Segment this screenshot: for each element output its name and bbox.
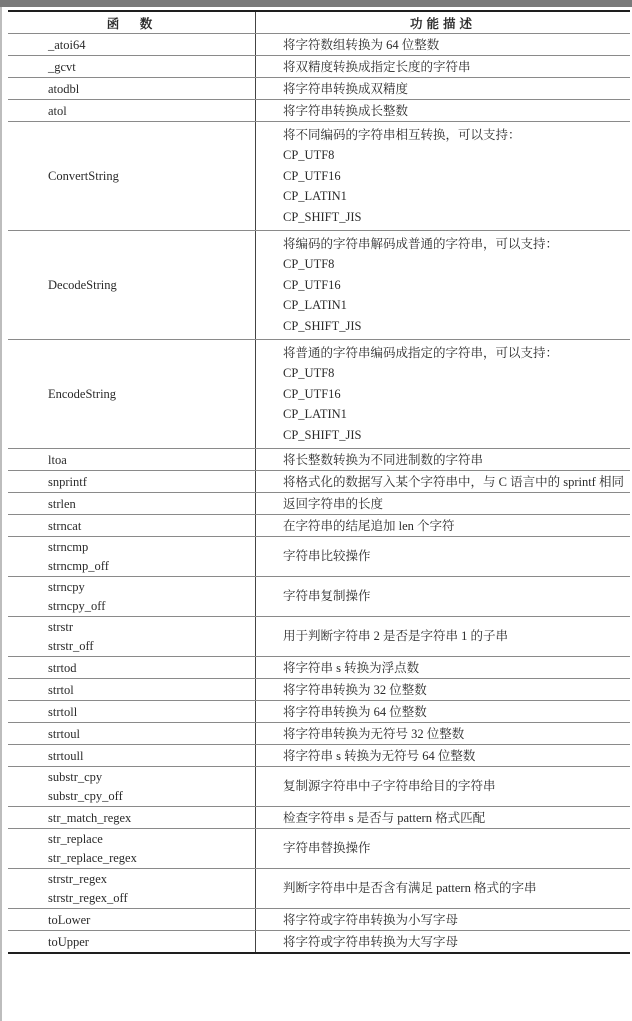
description-line: 返回字符串的长度	[283, 494, 630, 514]
function-description-cell: 在字符串的结尾追加 len 个字符	[256, 515, 631, 537]
function-name-cell: _atoi64	[8, 34, 256, 56]
function-description-cell: 返回字符串的长度	[256, 493, 631, 515]
table-row: DecodeString将编码的字符串解码成普通的字符串，可以支持：CP_UTF…	[8, 231, 630, 340]
function-name: strtol	[48, 680, 255, 700]
function-name-cell: strtod	[8, 657, 256, 679]
table-row: substr_cpysubstr_cpy_off复制源字符串中子字符串给目的字符…	[8, 767, 630, 807]
header-description: 功能描述	[256, 11, 631, 34]
function-name-cell: strtoul	[8, 723, 256, 745]
description-line: CP_LATIN1	[283, 404, 630, 425]
function-description-cell: 将字符串转换为无符号 32 位整数	[256, 723, 631, 745]
function-name: str_replace	[48, 830, 255, 849]
table-row: _atoi64将字符数组转换为 64 位整数	[8, 34, 630, 56]
left-edge-line	[0, 7, 2, 1021]
description-line: 将普通的字符串编码成指定的字符串，可以支持：	[283, 343, 630, 364]
function-name: strtod	[48, 658, 255, 678]
function-name: strlen	[48, 494, 255, 514]
description-line: 字符串比较操作	[283, 547, 630, 566]
function-name-cell: toLower	[8, 909, 256, 931]
description-line: 复制源字符串中子字符串给目的字符串	[283, 777, 630, 796]
function-name-cell: toUpper	[8, 931, 256, 954]
description-line: 将字符或字符串转换为小写字母	[283, 910, 630, 930]
table-body: _atoi64将字符数组转换为 64 位整数_gcvt将双精度转换成指定长度的字…	[8, 34, 630, 954]
table-row: ltoa将长整数转换为不同进制数的字符串	[8, 449, 630, 471]
function-name: toLower	[48, 910, 255, 930]
table-row: toUpper将字符或字符串转换为大写字母	[8, 931, 630, 954]
function-description-cell: 用于判断字符串 2 是否是字符串 1 的子串	[256, 617, 631, 657]
function-name: substr_cpy	[48, 768, 255, 787]
description-line: 在字符串的结尾追加 len 个字符	[283, 516, 630, 536]
function-description-cell: 字符串替换操作	[256, 829, 631, 869]
description-line: 将双精度转换成指定长度的字符串	[283, 57, 630, 77]
function-name: str_match_regex	[48, 808, 255, 828]
description-line: CP_UTF16	[283, 384, 630, 405]
function-name: strncpy_off	[48, 597, 255, 616]
table-row: strncpystrncpy_off字符串复制操作	[8, 577, 630, 617]
description-line: 字符串替换操作	[283, 839, 630, 858]
function-name: strncat	[48, 516, 255, 536]
table-row: strtoull将字符串 s 转换为无符号 64 位整数	[8, 745, 630, 767]
function-name: atol	[48, 101, 255, 121]
description-line: 判断字符串中是否含有满足 pattern 格式的字串	[283, 879, 630, 898]
description-line: CP_UTF16	[283, 275, 630, 296]
function-name: str_replace_regex	[48, 849, 255, 868]
description-line: 用于判断字符串 2 是否是字符串 1 的子串	[283, 627, 630, 646]
function-name-cell: EncodeString	[8, 340, 256, 449]
function-description-cell: 将双精度转换成指定长度的字符串	[256, 56, 631, 78]
function-name: _gcvt	[48, 57, 255, 77]
description-line: CP_UTF8	[283, 363, 630, 384]
function-name-cell: strtoll	[8, 701, 256, 723]
table-header-row: 函 数 功能描述	[8, 11, 630, 34]
function-description-cell: 字符串比较操作	[256, 537, 631, 577]
function-name-cell: str_replacestr_replace_regex	[8, 829, 256, 869]
description-line: 将字符串转换为 64 位整数	[283, 702, 630, 722]
table-row: strstrstrstr_off用于判断字符串 2 是否是字符串 1 的子串	[8, 617, 630, 657]
table-row: atodbl将字符串转换成双精度	[8, 78, 630, 100]
function-description-cell: 复制源字符串中子字符串给目的字符串	[256, 767, 631, 807]
function-description-cell: 字符串复制操作	[256, 577, 631, 617]
function-name: toUpper	[48, 932, 255, 952]
function-name-cell: atodbl	[8, 78, 256, 100]
top-border-band	[0, 0, 632, 7]
description-line: 将不同编码的字符串相互转换，可以支持：	[283, 125, 630, 146]
table-row: strtol将字符串转换为 32 位整数	[8, 679, 630, 701]
function-description-cell: 将长整数转换为不同进制数的字符串	[256, 449, 631, 471]
description-line: 将字符串转换成长整数	[283, 101, 630, 121]
function-description-cell: 将字符串转换为 32 位整数	[256, 679, 631, 701]
function-name-cell: strncpystrncpy_off	[8, 577, 256, 617]
description-line: 将长整数转换为不同进制数的字符串	[283, 450, 630, 470]
function-name: strstr_regex	[48, 870, 255, 889]
function-name: _atoi64	[48, 35, 255, 55]
description-line: CP_SHIFT_JIS	[283, 207, 630, 228]
function-name-cell: atol	[8, 100, 256, 122]
function-name-cell: strncmpstrncmp_off	[8, 537, 256, 577]
description-line: 将字符数组转换为 64 位整数	[283, 35, 630, 55]
function-description-cell: 将字符串转换成双精度	[256, 78, 631, 100]
table-row: EncodeString将普通的字符串编码成指定的字符串，可以支持：CP_UTF…	[8, 340, 630, 449]
function-description-cell: 将字符串 s 转换为无符号 64 位整数	[256, 745, 631, 767]
description-line: 将字符或字符串转换为大写字母	[283, 932, 630, 952]
function-name: EncodeString	[48, 384, 255, 405]
header-function: 函 数	[8, 11, 256, 34]
function-description-cell: 将普通的字符串编码成指定的字符串，可以支持：CP_UTF8CP_UTF16CP_…	[256, 340, 631, 449]
function-description-cell: 将编码的字符串解码成普通的字符串，可以支持：CP_UTF8CP_UTF16CP_…	[256, 231, 631, 340]
function-name: ConvertString	[48, 166, 255, 187]
function-name-cell: strtoull	[8, 745, 256, 767]
table-row: _gcvt将双精度转换成指定长度的字符串	[8, 56, 630, 78]
description-line: CP_SHIFT_JIS	[283, 425, 630, 446]
description-line: CP_LATIN1	[283, 295, 630, 316]
function-name-cell: ltoa	[8, 449, 256, 471]
table-row: strncmpstrncmp_off字符串比较操作	[8, 537, 630, 577]
table-row: str_match_regex检查字符串 s 是否与 pattern 格式匹配	[8, 807, 630, 829]
table-row: toLower将字符或字符串转换为小写字母	[8, 909, 630, 931]
table-row: strtoll将字符串转换为 64 位整数	[8, 701, 630, 723]
function-name: strncpy	[48, 578, 255, 597]
function-description-cell: 检查字符串 s 是否与 pattern 格式匹配	[256, 807, 631, 829]
function-description-cell: 将字符串 s 转换为浮点数	[256, 657, 631, 679]
table-row: snprintf将格式化的数据写入某个字符串中，与 C 语言中的 sprintf…	[8, 471, 630, 493]
table-row: strncat在字符串的结尾追加 len 个字符	[8, 515, 630, 537]
function-description-cell: 将字符或字符串转换为小写字母	[256, 909, 631, 931]
function-name: strtoll	[48, 702, 255, 722]
function-name-cell: strstr_regexstrstr_regex_off	[8, 869, 256, 909]
table-row: strlen返回字符串的长度	[8, 493, 630, 515]
function-name: strstr_regex_off	[48, 889, 255, 908]
table-row: strtod将字符串 s 转换为浮点数	[8, 657, 630, 679]
table-row: strtoul将字符串转换为无符号 32 位整数	[8, 723, 630, 745]
description-line: 将字符串 s 转换为无符号 64 位整数	[283, 746, 630, 766]
function-name-cell: ConvertString	[8, 122, 256, 231]
function-description-cell: 将字符串转换为 64 位整数	[256, 701, 631, 723]
function-name: strtoull	[48, 746, 255, 766]
function-name-cell: strncat	[8, 515, 256, 537]
function-name: snprintf	[48, 472, 255, 492]
description-line: 将字符串 s 转换为浮点数	[283, 658, 630, 678]
function-description-cell: 将字符串转换成长整数	[256, 100, 631, 122]
function-name-cell: DecodeString	[8, 231, 256, 340]
description-line: 字符串复制操作	[283, 587, 630, 606]
description-line: CP_SHIFT_JIS	[283, 316, 630, 337]
description-line: 将字符串转换成双精度	[283, 79, 630, 99]
table-row: strstr_regexstrstr_regex_off判断字符串中是否含有满足…	[8, 869, 630, 909]
function-name: strstr_off	[48, 637, 255, 656]
description-line: CP_LATIN1	[283, 186, 630, 207]
table-row: atol将字符串转换成长整数	[8, 100, 630, 122]
function-description-cell: 将字符数组转换为 64 位整数	[256, 34, 631, 56]
table-row: ConvertString将不同编码的字符串相互转换，可以支持：CP_UTF8C…	[8, 122, 630, 231]
function-description-cell: 将字符或字符串转换为大写字母	[256, 931, 631, 954]
function-description-cell: 将格式化的数据写入某个字符串中，与 C 语言中的 sprintf 相同	[256, 471, 631, 493]
function-table: 函 数 功能描述 _atoi64将字符数组转换为 64 位整数_gcvt将双精度…	[8, 10, 630, 954]
function-name-cell: str_match_regex	[8, 807, 256, 829]
function-name: ltoa	[48, 450, 255, 470]
description-line: 检查字符串 s 是否与 pattern 格式匹配	[283, 808, 630, 828]
function-name: strstr	[48, 618, 255, 637]
function-name-cell: strtol	[8, 679, 256, 701]
function-name: substr_cpy_off	[48, 787, 255, 806]
function-name: atodbl	[48, 79, 255, 99]
function-name-cell: snprintf	[8, 471, 256, 493]
description-line: 将字符串转换为 32 位整数	[283, 680, 630, 700]
function-name: strtoul	[48, 724, 255, 744]
function-name: strncmp	[48, 538, 255, 557]
description-line: 将字符串转换为无符号 32 位整数	[283, 724, 630, 744]
function-name-cell: strlen	[8, 493, 256, 515]
function-name-cell: strstrstrstr_off	[8, 617, 256, 657]
description-line: CP_UTF8	[283, 254, 630, 275]
function-description-cell: 判断字符串中是否含有满足 pattern 格式的字串	[256, 869, 631, 909]
description-line: CP_UTF8	[283, 145, 630, 166]
function-description-cell: 将不同编码的字符串相互转换，可以支持：CP_UTF8CP_UTF16CP_LAT…	[256, 122, 631, 231]
table-row: str_replacestr_replace_regex字符串替换操作	[8, 829, 630, 869]
function-name-cell: substr_cpysubstr_cpy_off	[8, 767, 256, 807]
function-name: strncmp_off	[48, 557, 255, 576]
function-name-cell: _gcvt	[8, 56, 256, 78]
function-name: DecodeString	[48, 275, 255, 296]
description-line: CP_UTF16	[283, 166, 630, 187]
description-line: 将格式化的数据写入某个字符串中，与 C 语言中的 sprintf 相同	[283, 472, 630, 492]
description-line: 将编码的字符串解码成普通的字符串，可以支持：	[283, 234, 630, 255]
